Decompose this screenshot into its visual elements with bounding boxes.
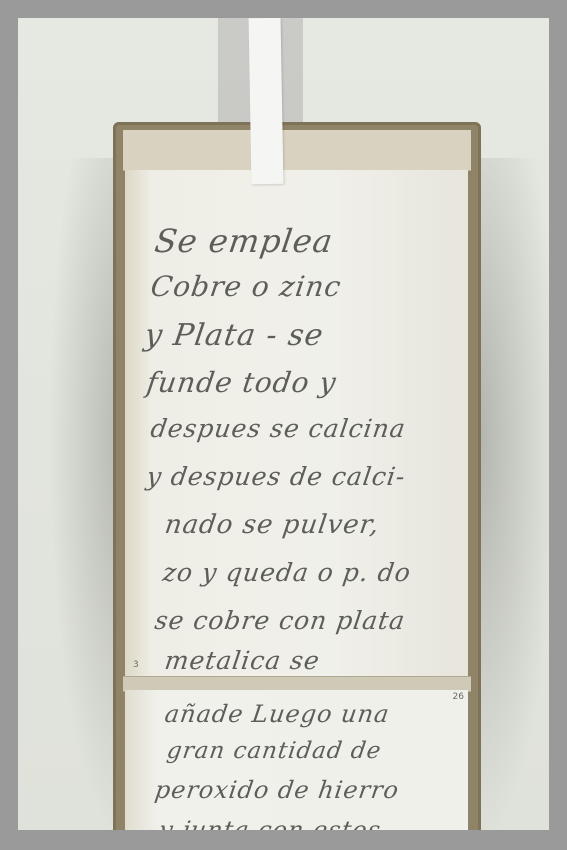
handwritten-line: y junta con estos: [157, 816, 383, 830]
handwritten-line: Se emplea: [152, 222, 335, 260]
photograph: Se emplea Cobre o zinc y Plata - se fund…: [18, 18, 549, 830]
lower-page: 26 añade Luego una gran cantidad de pero…: [125, 690, 468, 830]
notebook: Se emplea Cobre o zinc y Plata - se fund…: [113, 122, 481, 830]
shadow-right: [478, 158, 549, 830]
handwritten-line: nado se pulver,: [163, 510, 382, 540]
handwritten-line: Cobre o zinc: [149, 270, 344, 303]
page-mark: 3: [133, 660, 139, 670]
handwritten-line: se cobre con plata: [153, 606, 407, 635]
handwritten-line: zo y queda o p. do: [161, 558, 413, 587]
paper-bookmark-strip: [249, 18, 284, 184]
page-mark: 26: [453, 692, 464, 702]
handwritten-line: y despues de calci-: [145, 462, 408, 491]
handwritten-line: añade Luego una: [163, 700, 391, 728]
handwritten-line: gran cantidad de: [165, 738, 383, 764]
handwritten-line: y Plata - se: [143, 318, 326, 353]
handwritten-line: funde todo y: [145, 366, 339, 399]
notebook-top-edge: [123, 130, 471, 171]
handwritten-line: despues se calcina: [149, 414, 408, 443]
handwritten-line: metalica se: [163, 646, 322, 675]
handwritten-line: peroxido de hierro: [153, 776, 401, 804]
upper-page: Se emplea Cobre o zinc y Plata - se fund…: [125, 170, 468, 676]
